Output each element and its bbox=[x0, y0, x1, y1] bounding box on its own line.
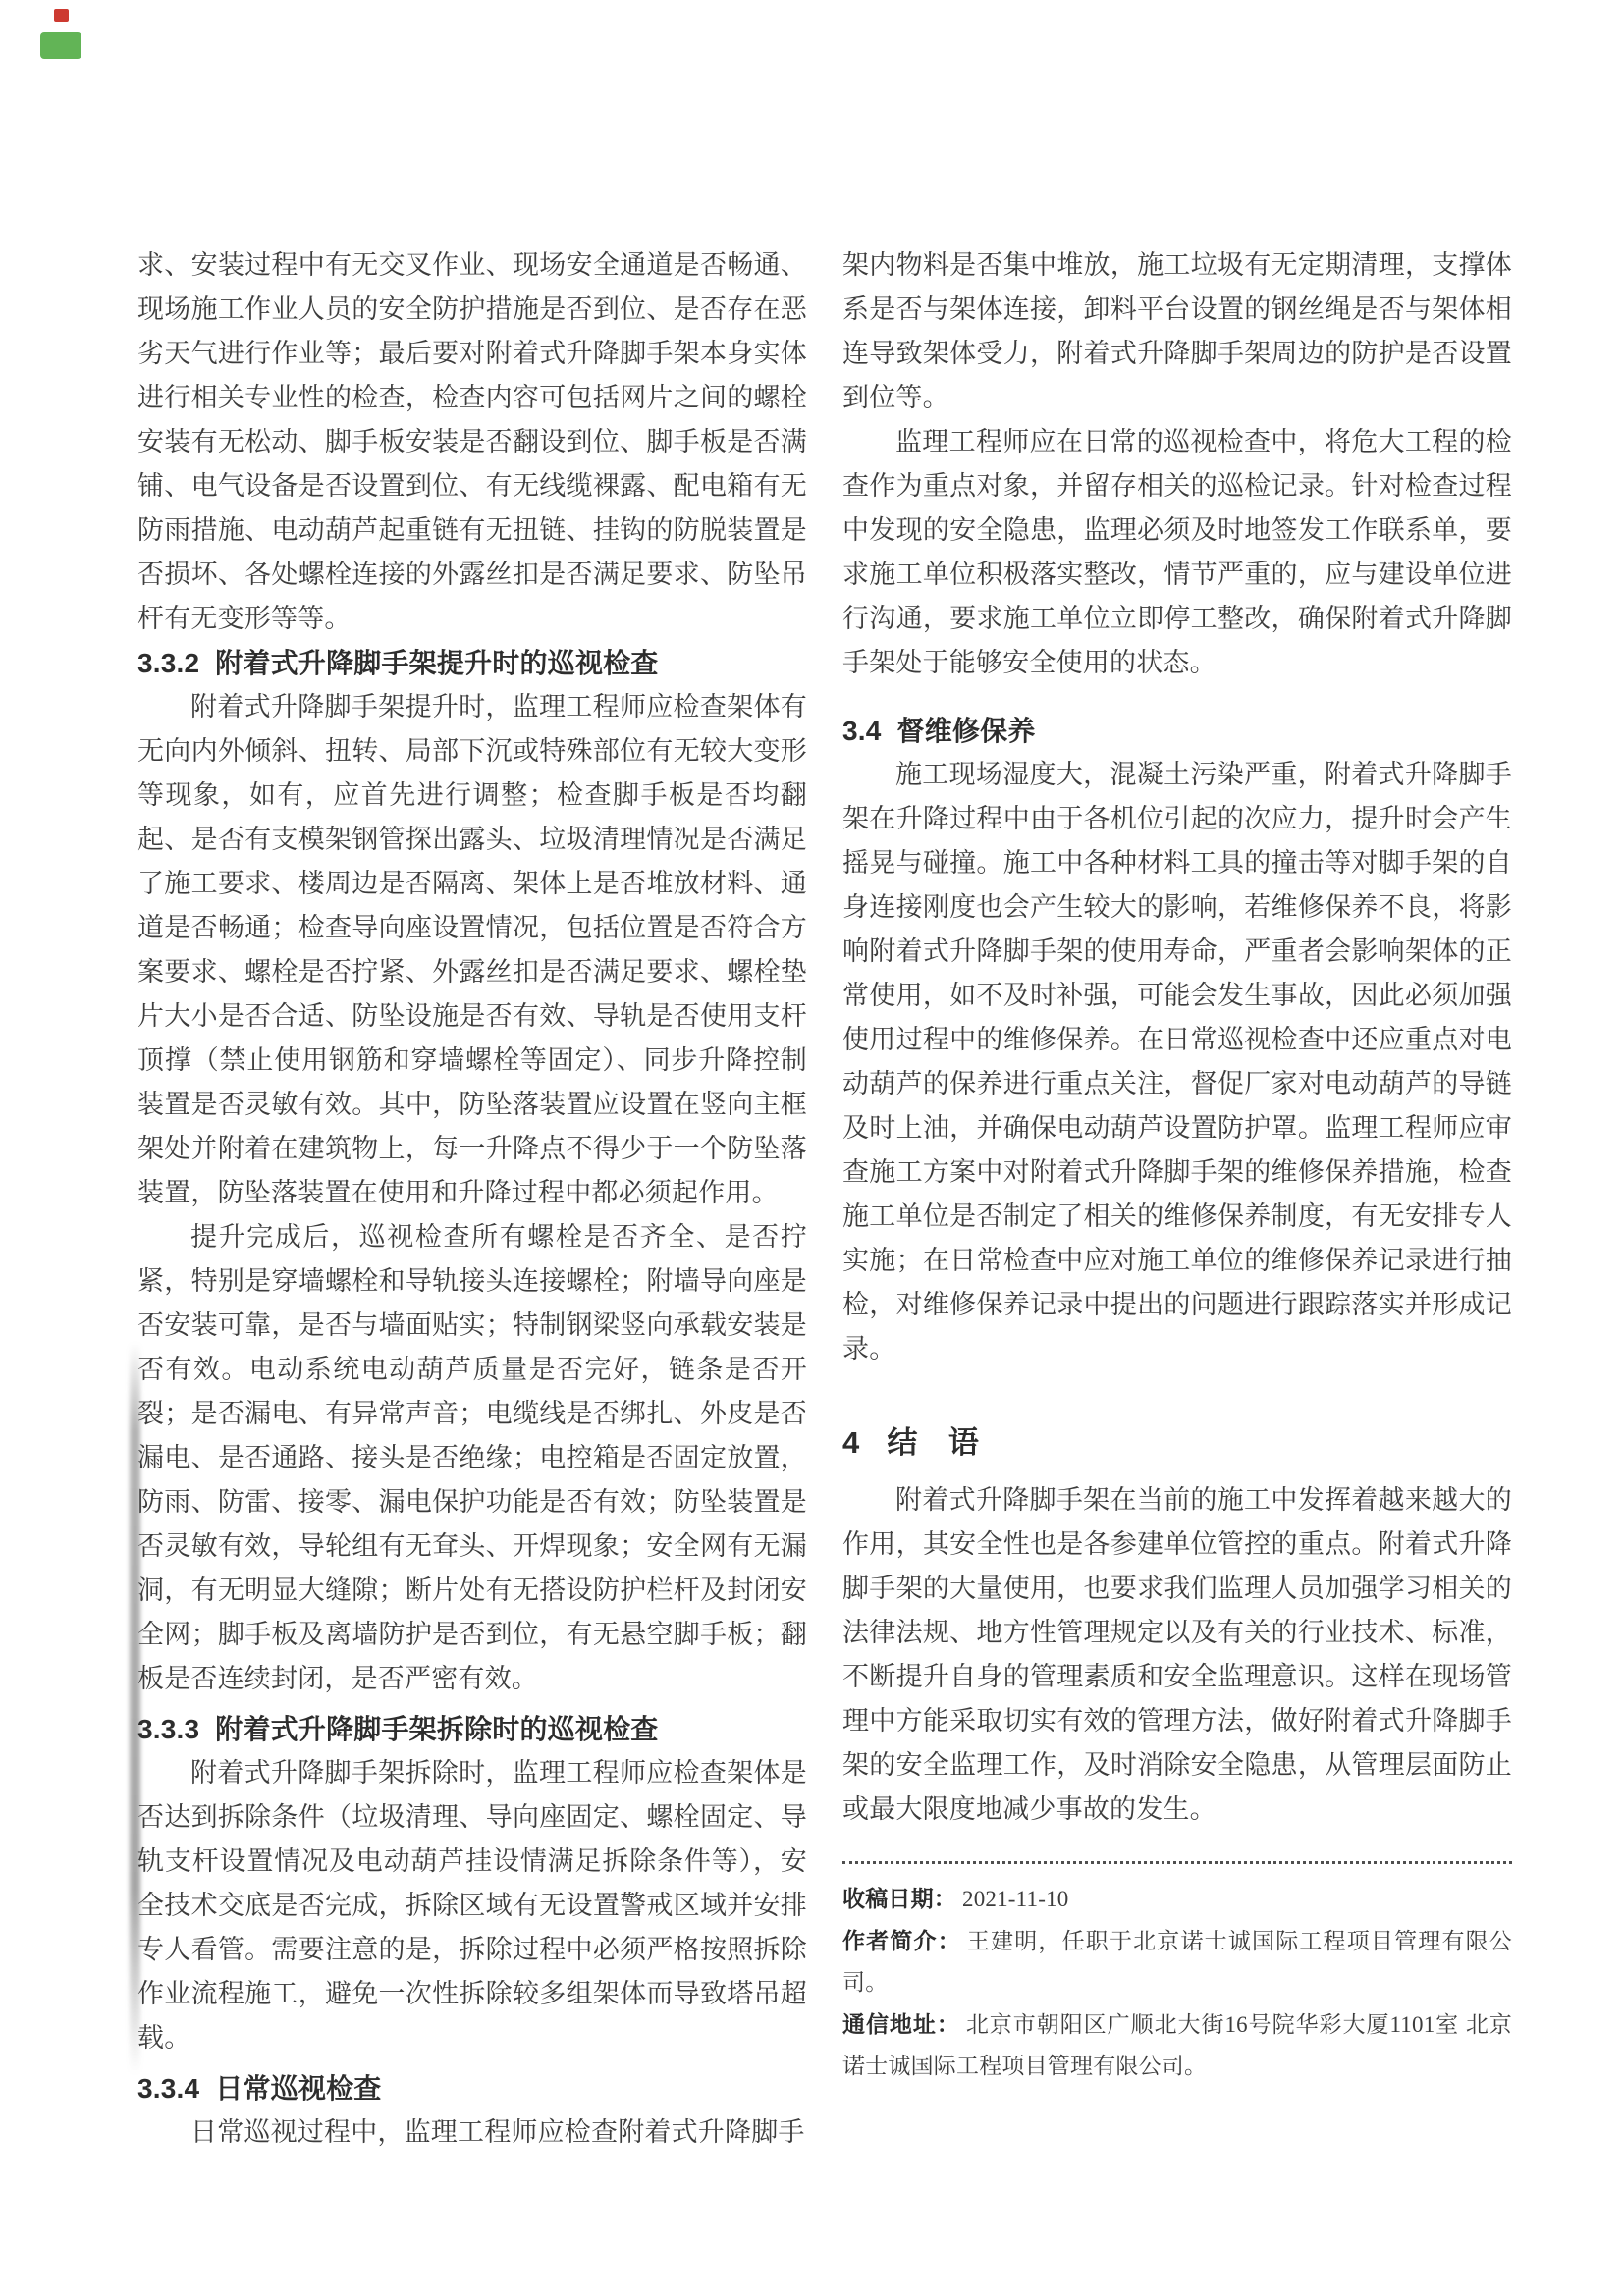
author-bio-row: 作者简介：王建明，任职于北京诺士诚国际工程项目管理有限公司。 bbox=[842, 1920, 1512, 2003]
paragraph-lifting-inspection: 附着式升降脚手架提升时，监理工程师应检查架体有无向内外倾斜、扭转、局部下沉或特殊… bbox=[137, 685, 807, 1215]
section-title: 结 语 bbox=[887, 1425, 979, 1460]
section-number: 3.3.2 bbox=[137, 648, 199, 678]
dotted-divider bbox=[842, 1861, 1512, 1864]
paragraph-after-lifting: 提升完成后，巡视检查所有螺栓是否齐全、是否拧紧，特别是穿墙螺栓和导轨接头连接螺栓… bbox=[137, 1215, 807, 1701]
paragraph-daily-inspection-start: 日常巡视过程中，监理工程师应检查附着式升降脚手 bbox=[137, 2110, 807, 2155]
paragraph-maintenance: 施工现场湿度大，混凝土污染严重，附着式升降脚手架在升降过程中由于各机位引起的次应… bbox=[842, 753, 1512, 1371]
article-footer: 收稿日期：2021-11-10 作者简介：王建明，任职于北京诺士诚国际工程项目管… bbox=[842, 1878, 1512, 2087]
section-title: 附着式升降脚手架拆除时的巡视检查 bbox=[215, 1714, 658, 1744]
continued-paragraph: 架内物料是否集中堆放，施工垃圾有无定期清理，支撑体系是否与架体连接，卸料平台设置… bbox=[842, 243, 1512, 420]
right-column: 架内物料是否集中堆放，施工垃圾有无定期清理，支撑体系是否与架体连接，卸料平台设置… bbox=[842, 243, 1512, 2087]
paragraph-dismantling-inspection: 附着式升降脚手架拆除时，监理工程师应检查架体是否达到拆除条件（垃圾清理、导向座固… bbox=[137, 1751, 807, 2060]
paragraph-conclusion: 附着式升降脚手架在当前的施工中发挥着越来越大的作用，其安全性也是各参建单位管控的… bbox=[842, 1478, 1512, 1832]
received-date-label: 收稿日期： bbox=[842, 1886, 956, 1911]
scan-artifact-green bbox=[40, 32, 81, 59]
received-date-value: 2021-11-10 bbox=[962, 1887, 1068, 1911]
section-number: 4 bbox=[842, 1425, 859, 1460]
section-number: 3.3.3 bbox=[137, 1714, 199, 1744]
left-column: 求、安装过程中有无交叉作业、现场安全通道是否畅通、现场施工作业人员的安全防护措施… bbox=[137, 243, 807, 2155]
section-3-4-heading: 3.4督维修保养 bbox=[842, 709, 1512, 753]
section-title: 督维修保养 bbox=[897, 716, 1036, 746]
section-title: 附着式升降脚手架提升时的巡视检查 bbox=[215, 648, 658, 678]
author-bio-label: 作者简介： bbox=[842, 1928, 961, 1953]
section-title: 日常巡视检查 bbox=[215, 2073, 381, 2104]
section-number: 3.3.4 bbox=[137, 2073, 199, 2104]
section-number: 3.4 bbox=[842, 716, 882, 746]
continued-paragraph: 求、安装过程中有无交叉作业、现场安全通道是否畅通、现场施工作业人员的安全防护措施… bbox=[137, 243, 807, 641]
mailing-address-row: 通信地址：北京市朝阳区广顺北大街16号院华彩大厦1101室 北京诺士诚国际工程项… bbox=[842, 2003, 1512, 2087]
section-3-3-2-heading: 3.3.2附着式升降脚手架提升时的巡视检查 bbox=[137, 641, 807, 685]
section-3-3-3-heading: 3.3.3附着式升降脚手架拆除时的巡视检查 bbox=[137, 1701, 807, 1751]
received-date-row: 收稿日期：2021-11-10 bbox=[842, 1878, 1512, 1920]
section-4-conclusion-heading: 4结 语 bbox=[842, 1420, 1512, 1465]
mailing-address-label: 通信地址： bbox=[842, 2011, 960, 2037]
scan-artifact-red bbox=[54, 9, 69, 22]
paragraph-daily-patrol: 监理工程师应在日常的巡视检查中，将危大工程的检查作为重点对象，并留存相关的巡检记… bbox=[842, 420, 1512, 685]
section-3-3-4-heading: 3.3.4日常巡视检查 bbox=[137, 2060, 807, 2110]
scanned-paper-page: 求、安装过程中有无交叉作业、现场安全通道是否畅通、现场施工作业人员的安全防护措施… bbox=[0, 0, 1624, 2296]
